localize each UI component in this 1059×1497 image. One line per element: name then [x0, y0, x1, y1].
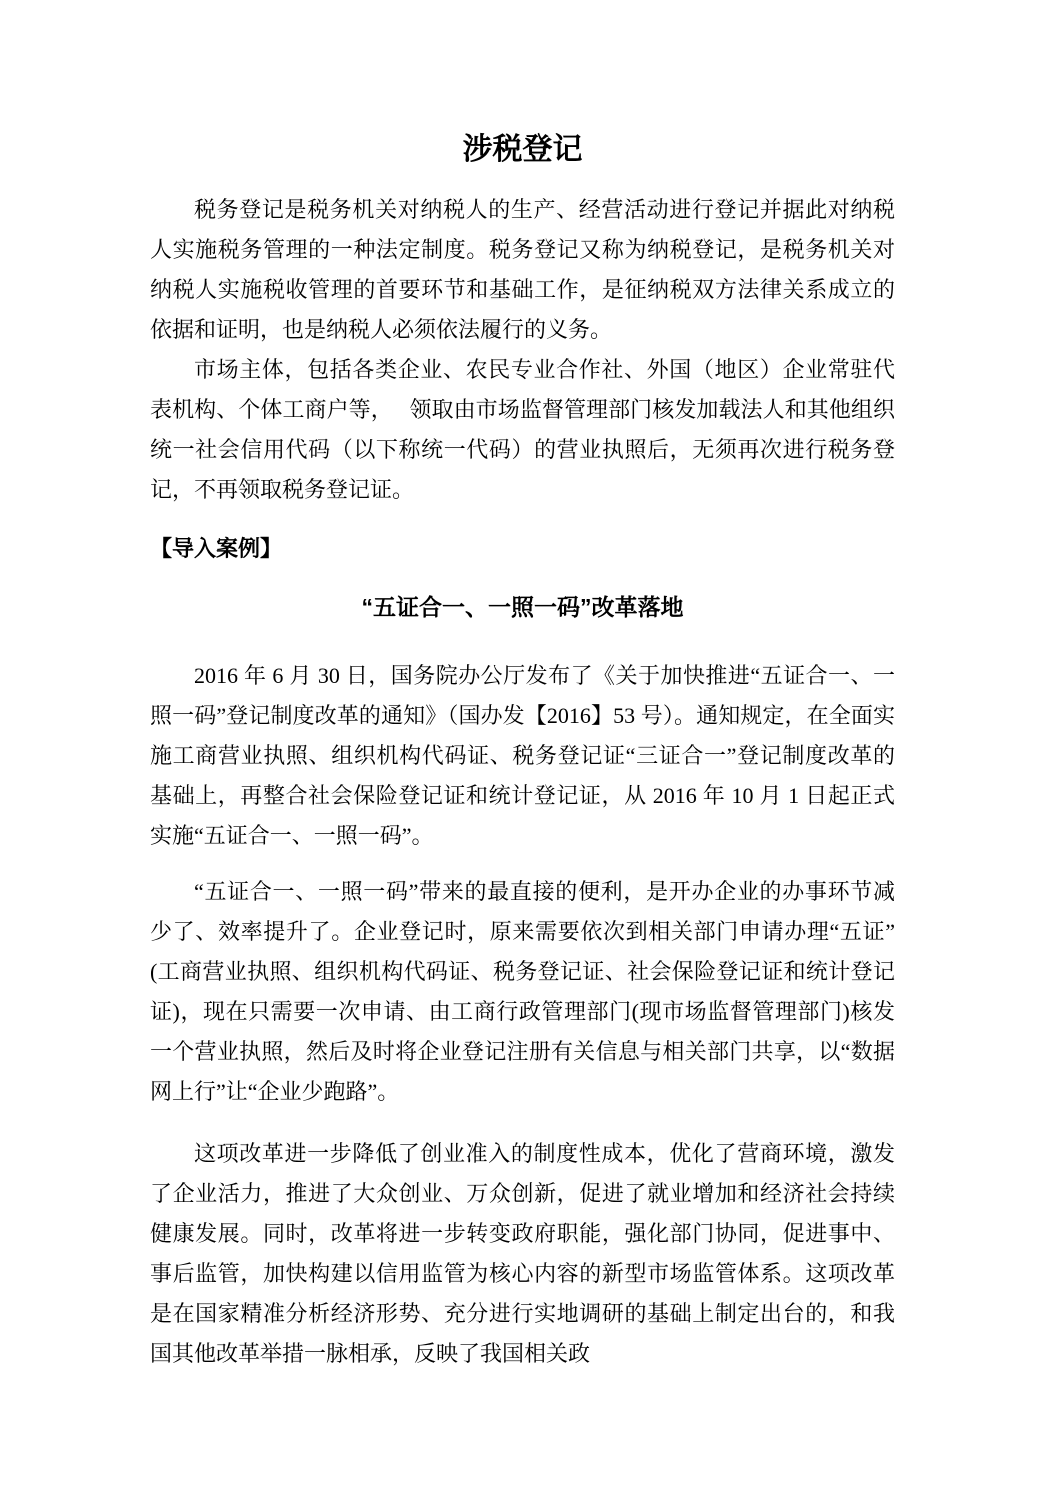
case-title: “五证合一、一照一码”改革落地 — [150, 592, 895, 622]
intro-paragraph-1: 税务登记是税务机关对纳税人的生产、经营活动进行登记并据此对纳税人实施税务管理的一… — [150, 190, 895, 350]
case-paragraph-3: 这项改革进一步降低了创业准入的制度性成本，优化了营商环境，激发了企业活力，推进了… — [150, 1134, 895, 1374]
case-paragraph-2: “五证合一、一照一码”带来的最直接的便利，是开办企业的办事环节减少了、效率提升了… — [150, 872, 895, 1112]
case-section-label: 【导入案例】 — [150, 536, 895, 562]
case-paragraph-1: 2016 年 6 月 30 日，国务院办公厅发布了《关于加快推进“五证合一、一照… — [150, 656, 895, 856]
page-title: 涉税登记 — [150, 130, 895, 170]
document-page: 涉税登记 税务登记是税务机关对纳税人的生产、经营活动进行登记并据此对纳税人实施税… — [0, 0, 1059, 1497]
intro-paragraph-2: 市场主体，包括各类企业、农民专业合作社、外国（地区）企业常驻代表机构、个体工商户… — [150, 350, 895, 510]
